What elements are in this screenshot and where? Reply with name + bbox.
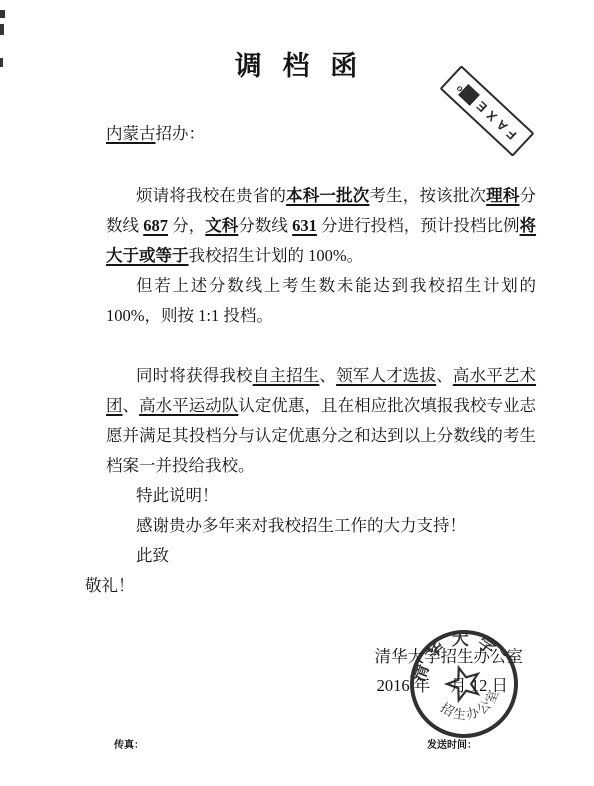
text-run: 敬礼！ (85, 576, 135, 595)
scan-artifact (0, 24, 4, 35)
scan-artifact (0, 10, 5, 18)
paragraph: 此致 (106, 541, 536, 571)
paragraph: 感谢贵办多年来对我校招生工作的大力支持！ (106, 511, 536, 541)
text-run: 但若上述分数线上考生数未能达到我校招生计划的 100%，则按 1:1 投档。 (106, 276, 536, 325)
official-seal: 清华大学 招生办公室 (393, 613, 534, 754)
text-run: 领军人才选拔 (336, 366, 436, 385)
text-run: 高水平运动队 (139, 396, 238, 415)
text-run: 招办： (156, 124, 206, 143)
paragraph: 烦请将我校在贵省的本科一批次考生，按该批次理科分数线 687 分，文科分数线 6… (106, 181, 536, 271)
text-run: 此致 (136, 546, 169, 565)
text-run: 、 (436, 366, 453, 385)
text-run: 我校招生计划的 100%。 (189, 246, 364, 265)
paragraph: 但若上述分数线上考生数未能达到我校招生计划的 100%，则按 1:1 投档。 (106, 271, 536, 331)
official-seal-graphic: 清华大学 招生办公室 (393, 613, 534, 754)
text-run: 考生，按该批次 (369, 186, 486, 205)
salutation: 内蒙古招办： (106, 120, 205, 144)
page-title: 调 档 函 (0, 44, 594, 83)
text-run: 烦请将我校在贵省的 (136, 186, 286, 205)
text-run: 同时将获得我校 (136, 366, 253, 385)
text-run: 687 (143, 216, 168, 235)
text-run: 本科一批次 (286, 186, 369, 205)
text-run: 分， (168, 216, 205, 235)
fax-number-label: 传真： (114, 736, 144, 751)
text-run: 分数线 (238, 216, 292, 235)
scanned-letter-page: 调 档 函 FAXEDo 内蒙古招办： 烦请将我校在贵省的本科一批次考生，按该批… (0, 0, 594, 786)
text-run: 特此说明！ (136, 486, 219, 505)
text-run: 自主招生 (253, 366, 320, 385)
text-run: 、 (123, 396, 140, 415)
seal-top-text: 清华大学 (398, 615, 509, 689)
paragraph: 敬礼！ (85, 571, 536, 601)
faxed-stamp-text: FAXEDo (454, 80, 520, 143)
paragraph: 同时将获得我校自主招生、领军人才选拔、高水平艺术团、高水平运动队认定优惠，且在相… (106, 361, 536, 481)
seal-star-icon (443, 663, 483, 702)
text-run: 分进行投档，预计投档比例 (317, 216, 520, 235)
text-run: 631 (292, 216, 317, 235)
text-run: 内蒙古 (106, 124, 156, 143)
paragraph: 特此说明！ (106, 481, 536, 511)
text-run: 感谢贵办多年来对我校招生工作的大力支持！ (136, 516, 466, 535)
letter-body: 烦请将我校在贵省的本科一批次考生，按该批次理科分数线 687 分，文科分数线 6… (106, 181, 536, 601)
text-run: 、 (319, 366, 336, 385)
text-run: 文科 (205, 216, 238, 235)
text-run: 理科 (486, 186, 519, 205)
faxed-letters: FAXE (470, 95, 520, 143)
